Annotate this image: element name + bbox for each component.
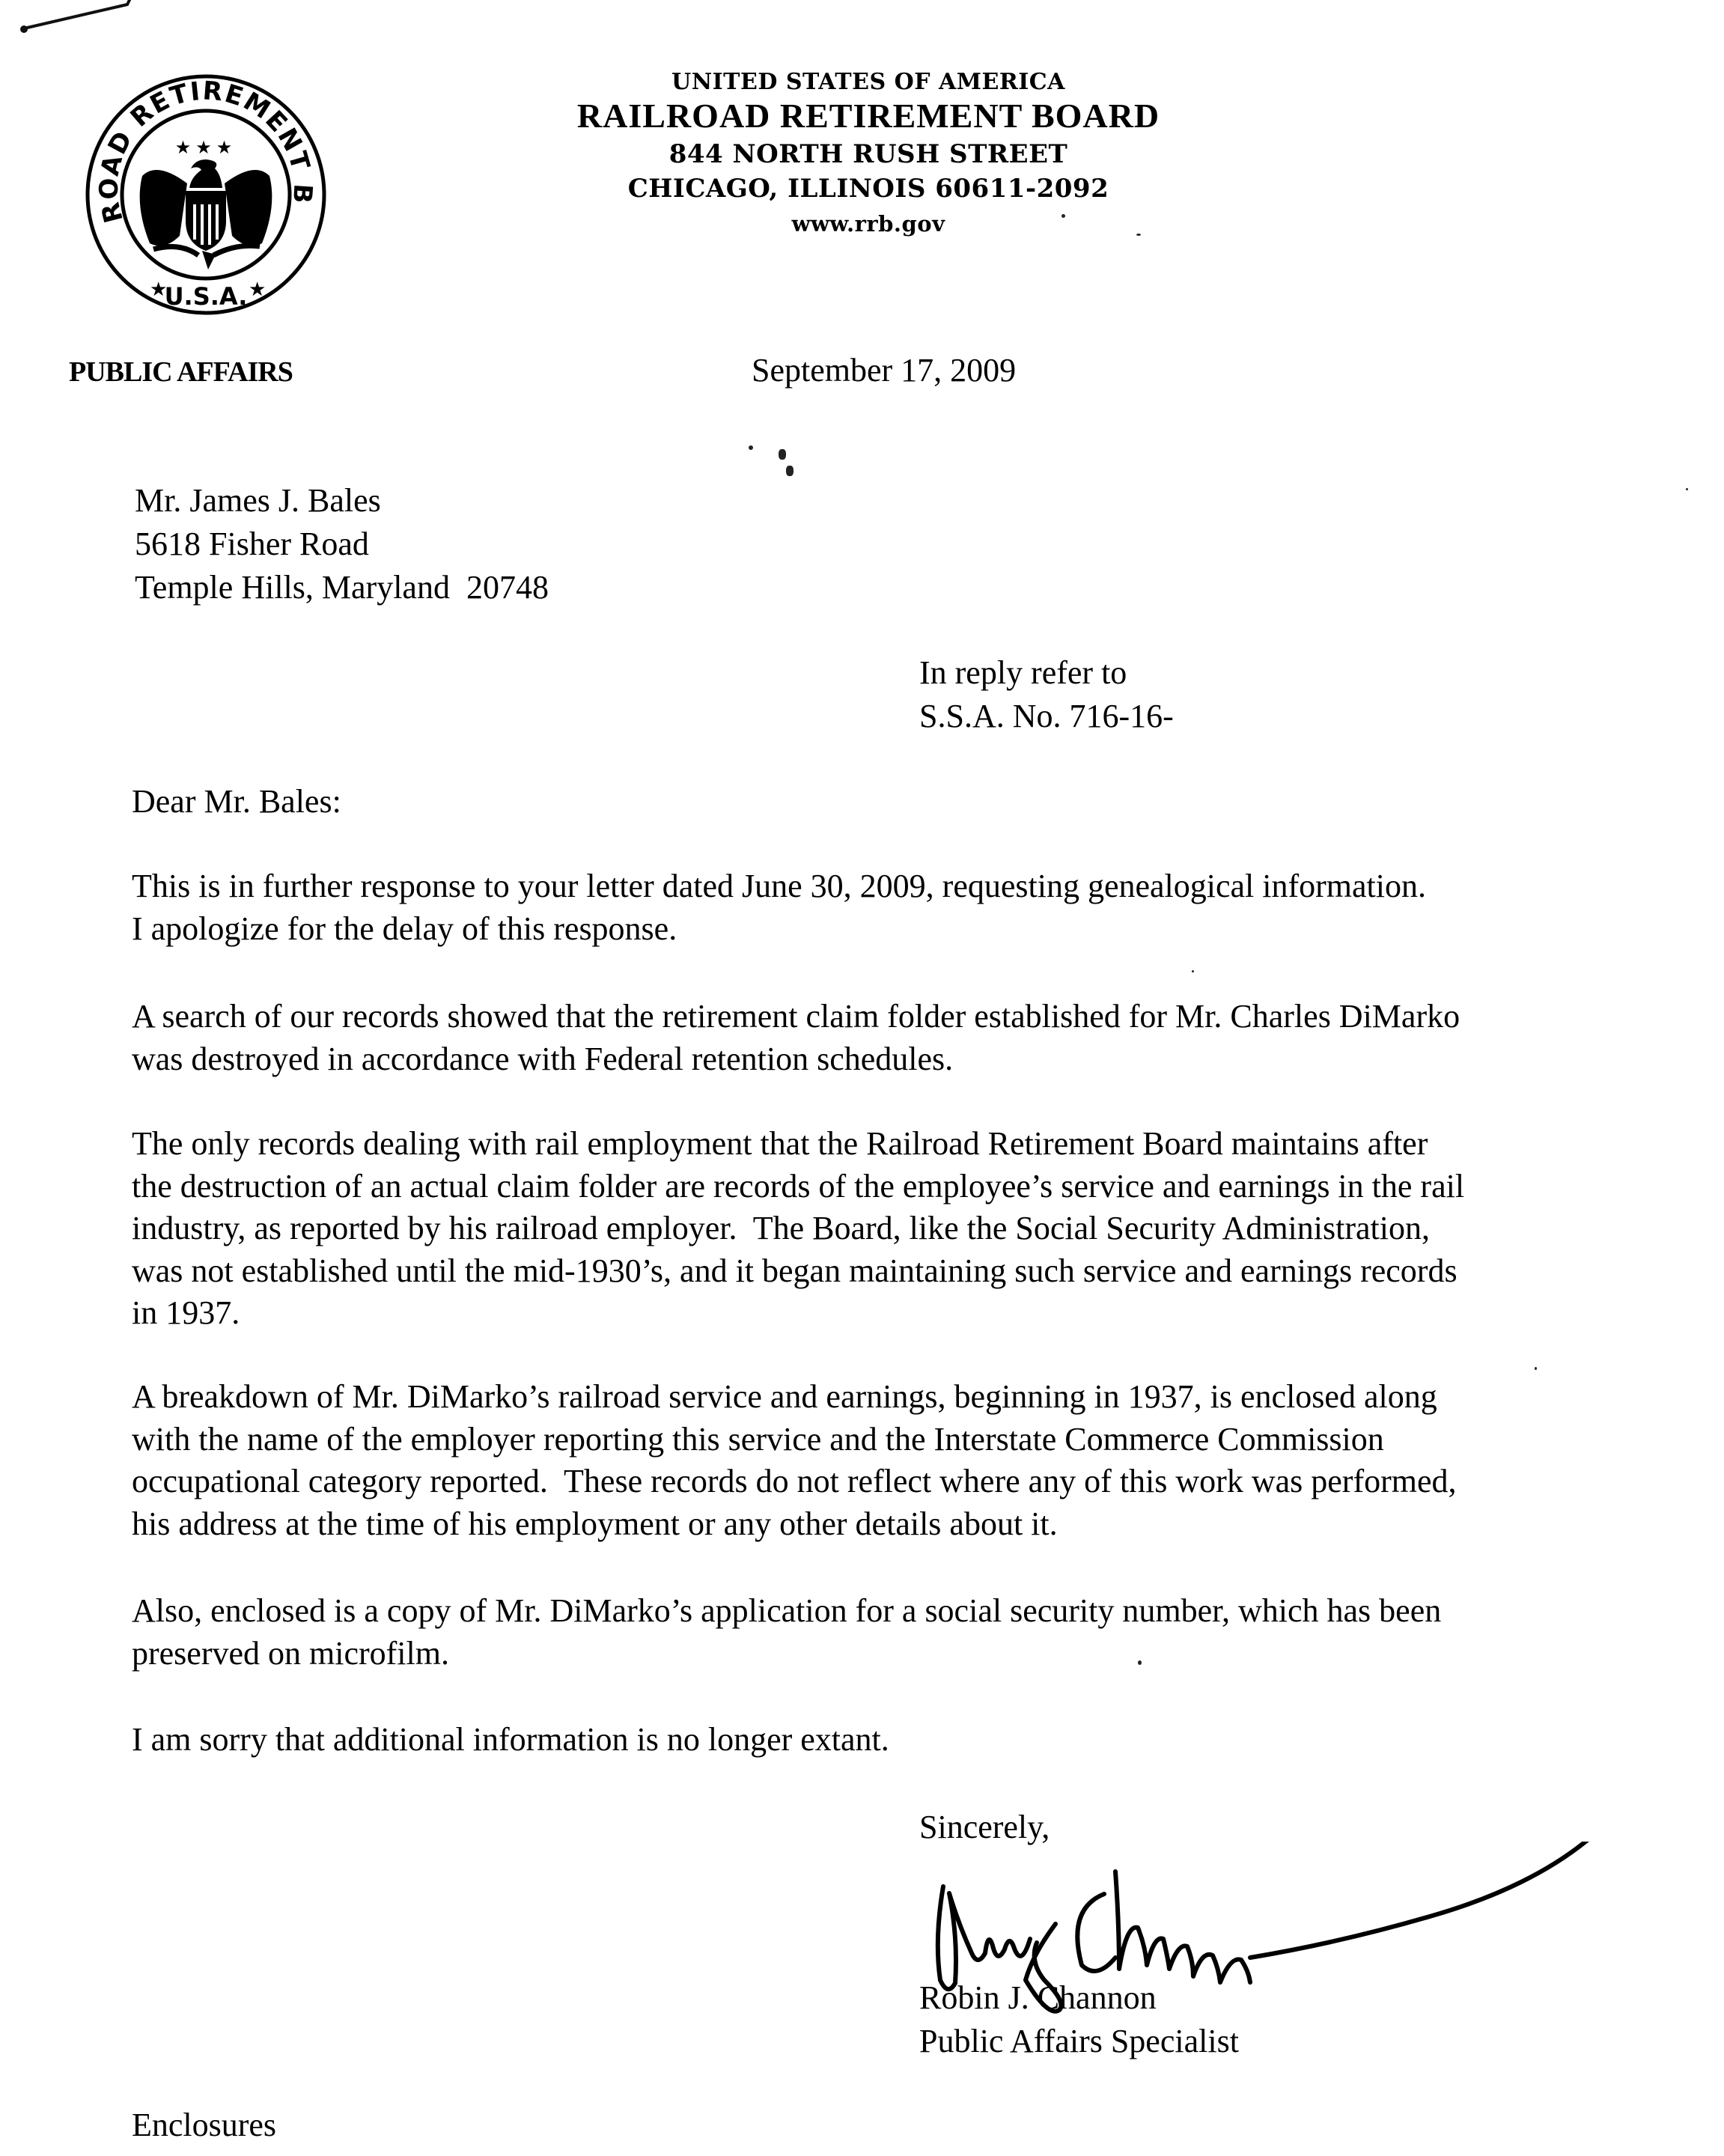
signer-title: Public Affairs Specialist [919,2020,1239,2063]
body-paragraph: A breakdown of Mr. DiMarko’s railroad se… [132,1376,1644,1545]
letter-date: September 17, 2009 [752,349,1016,392]
paragraph-line: A breakdown of Mr. DiMarko’s railroad se… [132,1376,1644,1419]
staple-mark-icon [7,0,135,37]
paragraph-line: A search of our records showed that the … [132,996,1644,1038]
paragraph-line: was not established until the mid-1930’s… [132,1250,1644,1293]
body-paragraph: A search of our records showed that the … [132,996,1644,1080]
paragraph-line: I am sorry that additional information i… [132,1719,1644,1761]
svg-text:★: ★ [150,278,167,301]
reference-line-1: In reply refer to [919,651,1174,695]
signer-name: Robin J. Channon [919,1976,1239,2020]
paragraph-line: preserved on microfilm. [132,1633,1644,1675]
agency-seal: RAILROAD RETIREMENT BOARD U.S.A. ★ ★ ★★★ [82,71,329,318]
recipient-street: 5618 Fisher Road [135,523,549,566]
letterhead-city: CHICAGO, ILLINOIS 60611-2092 [464,174,1273,204]
seal-bottom-text: U.S.A. [165,282,248,311]
paragraph-line: was destroyed in accordance with Federal… [132,1038,1644,1081]
svg-text:★: ★ [249,278,266,301]
body-paragraph: I am sorry that additional information i… [132,1719,1644,1761]
paragraph-line: I apologize for the delay of this respon… [132,908,1644,951]
paragraph-line: the destruction of an actual claim folde… [132,1166,1644,1208]
body-paragraph: The only records dealing with rail emplo… [132,1123,1644,1335]
signer-block: Robin J. Channon Public Affairs Speciali… [919,1976,1239,2063]
paragraph-line: industry, as reported by his railroad em… [132,1208,1644,1250]
recipient-city-state-zip: Temple Hills, Maryland 20748 [135,566,549,609]
recipient-name: Mr. James J. Bales [135,479,549,523]
paragraph-line: This is in further response to your lett… [132,865,1644,908]
paragraph-line: Also, enclosed is a copy of Mr. DiMarko’… [132,1590,1644,1633]
paragraph-line: his address at the time of his employmen… [132,1503,1644,1546]
office-name: PUBLIC AFFAIRS [69,350,293,394]
reply-reference: In reply refer to S.S.A. No. 716-16- [919,651,1174,738]
body-paragraph: Also, enclosed is a copy of Mr. DiMarko’… [132,1590,1644,1675]
paragraph-line: The only records dealing with rail emplo… [132,1123,1644,1166]
letterhead-agency-name: RAILROAD RETIREMENT BOARD [464,96,1273,135]
paragraph-line: in 1937. [132,1292,1644,1335]
body-paragraph: This is in further response to your lett… [132,865,1644,950]
svg-text:★★★: ★★★ [175,137,237,158]
enclosures-note: Enclosures [132,2104,276,2147]
letterhead-country: UNITED STATES OF AMERICA [464,69,1273,95]
paragraph-line: occupational category reported. These re… [132,1461,1644,1503]
recipient-address: Mr. James J. Bales 5618 Fisher Road Temp… [135,479,549,609]
letterhead-street: 844 NORTH RUSH STREET [464,139,1273,169]
paragraph-line: with the name of the employer reporting … [132,1419,1644,1461]
reference-ssa-number: S.S.A. No. 716-16- [919,695,1174,738]
salutation: Dear Mr. Bales: [132,780,341,823]
letterhead-website: www.rrb.gov [464,211,1273,237]
eagle-shield-seal-icon [140,159,272,269]
